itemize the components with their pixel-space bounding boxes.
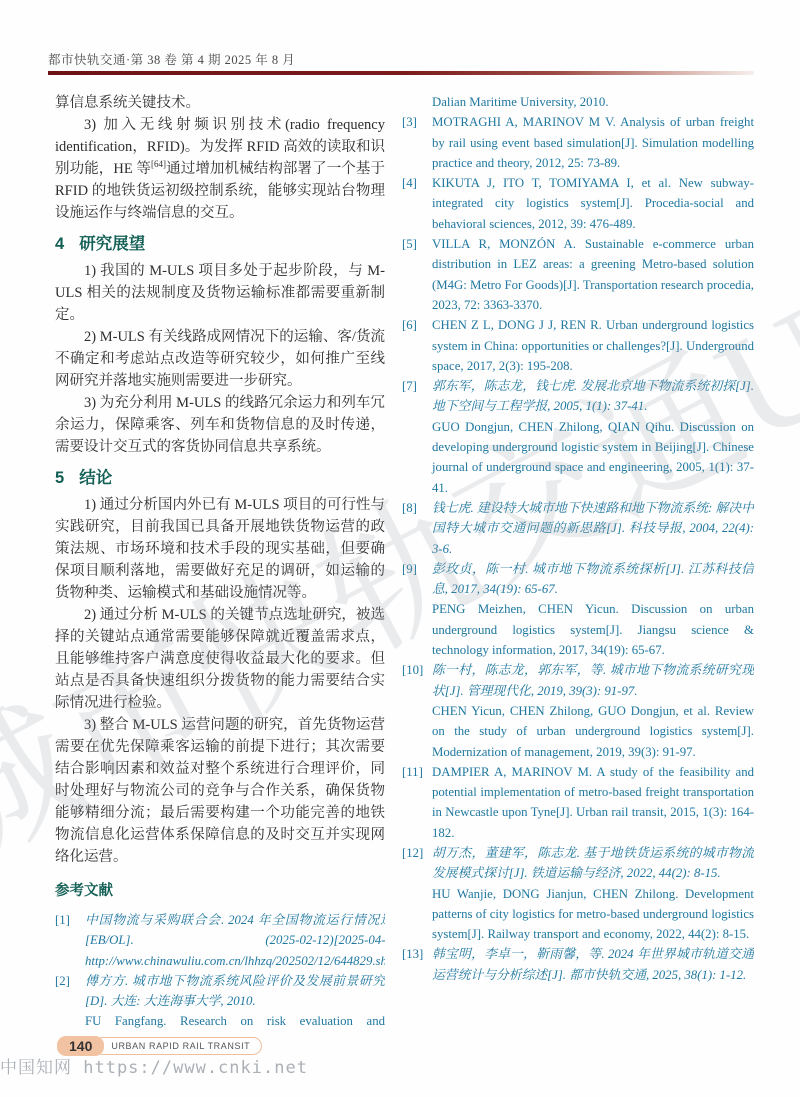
reference-text-zh: 彭玫贞，陈一村. 城市地下物流系统探析[J]. 江苏科技信息, 2017, 34… (432, 559, 754, 600)
page-footer: 140 URBAN RAPID RAIL TRANSIT (57, 1036, 262, 1056)
reference-item-13: [13] 韩宝明，李卓一，靳雨馨，等. 2024 年世界城市轨道交通运营统计与分… (402, 944, 754, 985)
reference-item-10: [10] 陈一村，陈志龙，郭东军，等. 城市地下物流系统研究现状[J]. 管理现… (402, 660, 754, 761)
section-heading-5: 5结论 (55, 467, 385, 489)
reference-text-zh: 傅方方. 城市地下物流系统风险评价及发展前景研究[D]. 大连: 大连海事大学,… (85, 971, 385, 1012)
reference-text-en: VILLA R, MONZÓN A. Sustainable e-commerc… (432, 234, 754, 315)
reference-item-6: [6] CHEN Z L, DONG J J, REN R. Urban und… (402, 315, 754, 376)
header-rule (48, 71, 754, 75)
paragraph-continuation: 算信息系统关键技术。 (55, 92, 385, 114)
paragraph: 3) 整合 M-ULS 运营问题的研究，首先货物运营需要在优先保障乘客运输的前提… (55, 714, 385, 868)
citation-superscript: [64] (151, 159, 166, 169)
reference-text-en: GUO Dongjun, CHEN Zhilong, QIAN Qihu. Di… (432, 417, 754, 498)
reference-number: [11] (402, 762, 432, 843)
reference-text-en: CHEN Z L, DONG J J, REN R. Urban undergr… (432, 315, 754, 376)
section-title: 研究展望 (79, 235, 145, 253)
reference-continuation: Dalian Maritime University, 2010. (432, 92, 754, 112)
reference-number: [12] (402, 843, 432, 944)
reference-number: [6] (402, 315, 432, 376)
reference-text-en: FU Fangfang. Research on risk evaluation… (85, 1011, 385, 1032)
reference-text-en: KIKUTA J, ITO T, TOMIYAMA I, et al. New … (432, 173, 754, 234)
references-heading: 参考文献 (55, 880, 385, 902)
cnki-watermark: 中国知网 https://www.cnki.net (0, 1053, 308, 1078)
paragraph: 1) 我国的 M-ULS 项目多处于起步阶段，与 M-ULS 相关的法规制度及货… (55, 260, 385, 326)
reference-item-8: [8] 钱七虎. 建设特大城市地下快速路和地下物流系统: 解决中国特大城市交通问… (402, 498, 754, 559)
reference-number: [3] (402, 112, 432, 173)
reference-text-en: DAMPIER A, MARINOV M. A study of the fea… (432, 762, 754, 843)
reference-text-zh: 韩宝明，李卓一，靳雨馨，等. 2024 年世界城市轨道交通运营统计与分析综述[J… (432, 944, 754, 985)
reference-number: [8] (402, 498, 432, 559)
reference-number: [5] (402, 234, 432, 315)
reference-number: [9] (402, 559, 432, 660)
paragraph: 3) 为充分利用 M-ULS 的线路冗余运力和列车冗余运力，保障乘客、列车和货物… (55, 392, 385, 458)
reference-item-1: [1] 中国物流与采购联合会. 2024 年全国物流运行情况通报[EB/OL].… (55, 910, 385, 971)
reference-text-zh: 钱七虎. 建设特大城市地下快速路和地下物流系统: 解决中国特大城市交通问题的新思… (432, 498, 754, 559)
reference-number: [10] (402, 660, 432, 761)
left-column: 算信息系统关键技术。 3) 加入无线射频识别技术(radio frequency… (55, 92, 385, 1032)
reference-text-en: PENG Meizhen, CHEN Yicun. Discussion on … (432, 599, 754, 660)
reference-text-zh: 陈一村，陈志龙，郭东军，等. 城市地下物流系统研究现状[J]. 管理现代化, 2… (432, 660, 754, 701)
reference-text-en: CHEN Yicun, CHEN Zhilong, GUO Dongjun, e… (432, 701, 754, 762)
reference-text-zh: 郭东军，陈志龙，钱七虎. 发展北京地下物流系统初探[J]. 地下空间与工程学报,… (432, 376, 754, 417)
page-number-badge: 140 (57, 1036, 104, 1056)
reference-item-9: [9] 彭玫贞，陈一村. 城市地下物流系统探析[J]. 江苏科技信息, 2017… (402, 559, 754, 660)
reference-item-4: [4] KIKUTA J, ITO T, TOMIYAMA I, et al. … (402, 173, 754, 234)
paragraph: 1) 通过分析国内外已有 M-ULS 项目的可行性与实践研究，目前我国已具备开展… (55, 494, 385, 604)
reference-item-2: [2] 傅方方. 城市地下物流系统风险评价及发展前景研究[D]. 大连: 大连海… (55, 971, 385, 1032)
paragraph-rfid: 3) 加入无线射频识别技术(radio frequency identifica… (55, 114, 385, 224)
reference-item-12: [12] 胡万杰，董建军，陈志龙. 基于地铁货运系统的城市物流发展模式探讨[J]… (402, 843, 754, 944)
section-number: 5 (55, 469, 64, 487)
page-header-journal-line: 都市快轨交通·第 38 卷 第 4 期 2025 年 8 月 (48, 50, 295, 68)
reference-item-7: [7] 郭东军，陈志龙，钱七虎. 发展北京地下物流系统初探[J]. 地下空间与工… (402, 376, 754, 498)
reference-text-zh: 中国物流与采购联合会. 2024 年全国物流运行情况通报[EB/OL]. (20… (85, 910, 385, 971)
reference-item-11: [11] DAMPIER A, MARINOV M. A study of th… (402, 762, 754, 843)
reference-number: [4] (402, 173, 432, 234)
right-column: Dalian Maritime University, 2010. [3] MO… (402, 92, 754, 1034)
reference-number: [7] (402, 376, 432, 498)
reference-item-3: [3] MOTRAGHI A, MARINOV M V. Analysis of… (402, 112, 754, 173)
reference-text-zh: 胡万杰，董建军，陈志龙. 基于地铁货运系统的城市物流发展模式探讨[J]. 铁道运… (432, 843, 754, 884)
reference-text-en: HU Wanjie, DONG Jianjun, CHEN Zhilong. D… (432, 884, 754, 945)
reference-number: [2] (55, 971, 85, 1032)
reference-item-5: [5] VILLA R, MONZÓN A. Sustainable e-com… (402, 234, 754, 315)
journal-name-pill: URBAN RAPID RAIL TRANSIT (94, 1037, 262, 1055)
section-number: 4 (55, 235, 64, 253)
section-title: 结论 (79, 469, 112, 487)
reference-number: [1] (55, 910, 85, 971)
paragraph: 2) M-ULS 有关线路成网情况下的运输、客/货流不确定和考虑站点改造等研究较… (55, 326, 385, 392)
reference-text-en: MOTRAGHI A, MARINOV M V. Analysis of urb… (432, 112, 754, 173)
paragraph: 2) 通过分析 M-ULS 的关键节点选址研究，被选择的关键站点通常需要能够保障… (55, 604, 385, 714)
section-heading-4: 4研究展望 (55, 233, 385, 255)
reference-number: [13] (402, 944, 432, 985)
